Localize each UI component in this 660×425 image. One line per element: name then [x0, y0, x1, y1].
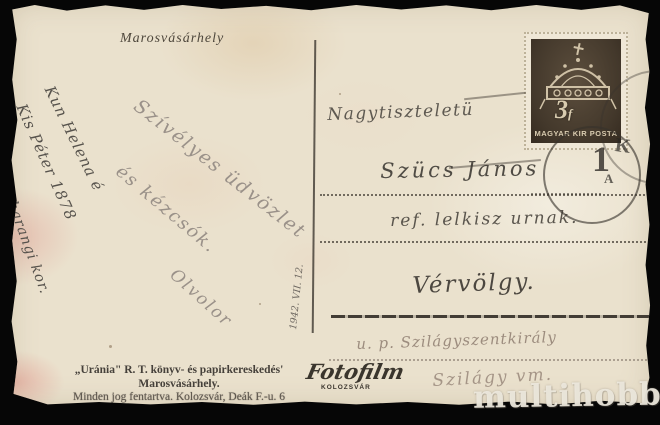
address-rule-2: [320, 241, 654, 243]
address-rule-3: [331, 315, 653, 318]
publisher-line-1: „Uránia" R. T. könyv- és papirkereskedés…: [37, 364, 321, 378]
publisher-line-2: Marosvásárhely.: [37, 378, 321, 392]
center-divider-line: [312, 40, 317, 333]
postmark-letter-k: K: [613, 134, 632, 159]
handwritten-date: 1942. VII. 12.: [288, 264, 306, 331]
publisher-imprint: „Uránia" R. T. könyv- és papirkereskedés…: [37, 364, 321, 405]
postcard-paper: Marosvásárhely Szívélyes üdvözlet és kéz…: [9, 3, 652, 406]
postcard-scan: Marosvásárhely Szívélyes üdvözlet és kéz…: [0, 0, 660, 425]
stamp-denomination: 3f: [555, 95, 572, 125]
address-town: Vérvölgy.: [412, 269, 536, 299]
photo-studio-city: KOLOZSVÁR: [321, 384, 371, 391]
message-line-1: Szívélyes üdvözlet: [129, 95, 310, 243]
publisher-line-3: Minden jog fentartva. Kolozsvár, Deák F.…: [37, 391, 321, 405]
paper-speck: [339, 93, 341, 95]
postmark-letter-a: A: [604, 171, 613, 187]
cancellation-line: [464, 92, 526, 100]
address-title-line: ref. lelkisz urnak.: [390, 208, 579, 231]
message-signature: Olvolor: [166, 265, 237, 331]
watermark-text: multihobby: [473, 376, 660, 416]
postmark-dashes: [531, 193, 601, 195]
message-line-2: és kézcsók.: [112, 161, 222, 258]
paper-speck: [109, 345, 112, 348]
address-salutation: Nagytiszteletü: [327, 100, 474, 125]
photo-studio-logo: Fotofilm: [304, 359, 406, 384]
ink-note-line-3: harangi kor.: [4, 199, 52, 296]
postcard-title: Marosvásárhely: [120, 31, 224, 47]
paper-speck: [259, 303, 261, 305]
address-post-office: u. p. Szilágyszentkirály: [356, 328, 557, 353]
